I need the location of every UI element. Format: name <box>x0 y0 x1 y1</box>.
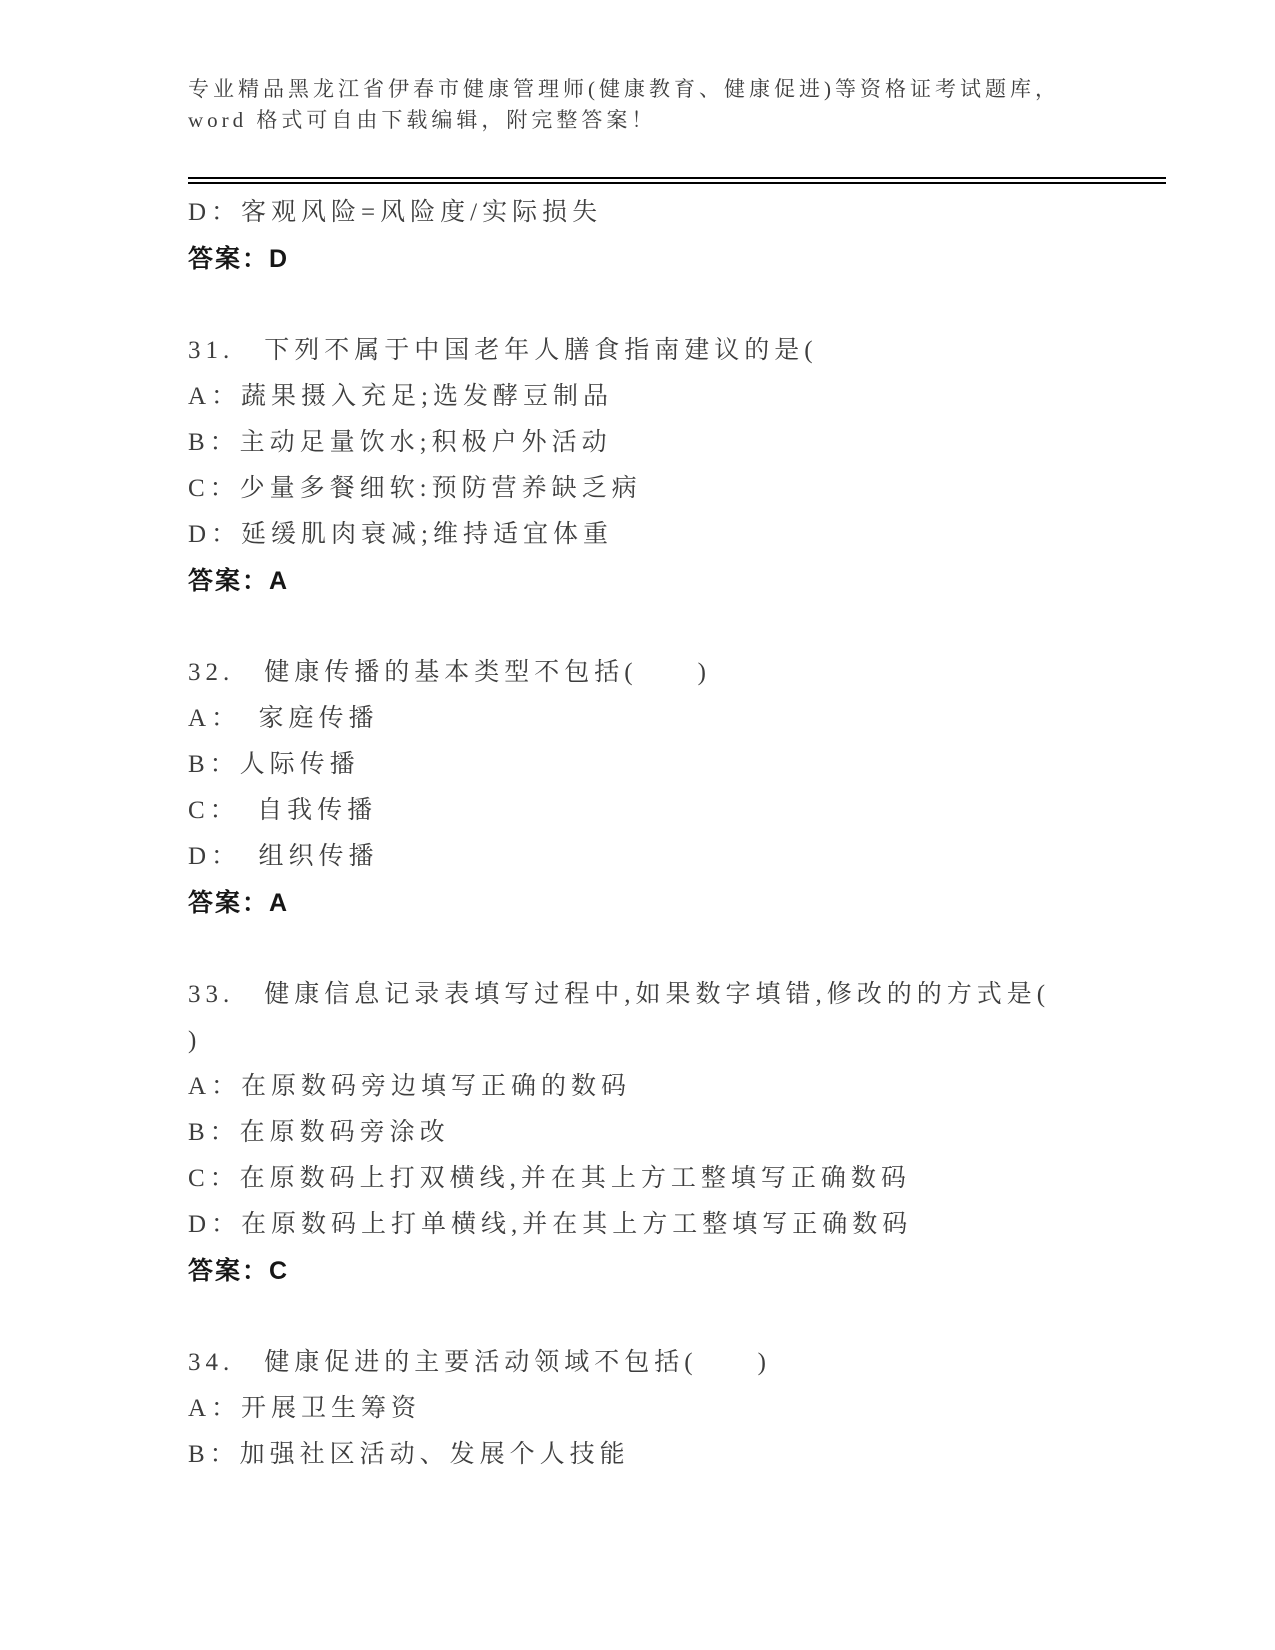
question-31-answer: 答案：A <box>188 558 1178 604</box>
question-33-option-c: C：在原数码上打双横线,并在其上方工整填写正确数码 <box>188 1156 1178 1202</box>
question-31: 31. 下列不属于中国老年人膳食指南建议的是( <box>188 328 1178 374</box>
document-header: 专业精品黑龙江省伊春市健康管理师(健康教育、健康促进)等资格证考试题库， wor… <box>188 74 1118 136</box>
question-33-option-d: D：在原数码上打单横线,并在其上方工整填写正确数码 <box>188 1202 1178 1248</box>
question-33-option-a: A：在原数码旁边填写正确的数码 <box>188 1064 1178 1110</box>
question-32-option-d: D： 组织传播 <box>188 834 1178 880</box>
header-line-1: 专业精品黑龙江省伊春市健康管理师(健康教育、健康促进)等资格证考试题库， <box>188 74 1118 105</box>
answer-line: 答案：D <box>188 236 1178 282</box>
question-32: 32. 健康传播的基本类型不包括( ) <box>188 650 1178 696</box>
question-32-answer: 答案：A <box>188 880 1178 926</box>
option-line-d: D：客观风险=风险度/实际损失 <box>188 190 1178 236</box>
header-separator-rule <box>188 177 1166 184</box>
question-34-option-b: B：加强社区活动、发展个人技能 <box>188 1432 1178 1478</box>
question-32-option-c: C： 自我传播 <box>188 788 1178 834</box>
question-32-option-a: A： 家庭传播 <box>188 696 1178 742</box>
question-32-option-b: B：人际传播 <box>188 742 1178 788</box>
question-34: 34. 健康促进的主要活动领域不包括( ) <box>188 1340 1178 1386</box>
question-31-option-d: D：延缓肌肉衰减;维持适宜体重 <box>188 512 1178 558</box>
question-33: 33. 健康信息记录表填写过程中,如果数字填错,修改的的方式是( <box>188 972 1178 1018</box>
document-page: 专业精品黑龙江省伊春市健康管理师(健康教育、健康促进)等资格证考试题库， wor… <box>0 0 1275 1650</box>
document-body: D：客观风险=风险度/实际损失 答案：D 31. 下列不属于中国老年人膳食指南建… <box>188 190 1178 1478</box>
question-33-wrap: ) <box>188 1018 1178 1064</box>
question-31-option-c: C：少量多餐细软:预防营养缺乏病 <box>188 466 1178 512</box>
question-31-option-a: A：蔬果摄入充足;选发酵豆制品 <box>188 374 1178 420</box>
question-33-answer: 答案：C <box>188 1248 1178 1294</box>
question-34-option-a: A：开展卫生筹资 <box>188 1386 1178 1432</box>
question-31-option-b: B：主动足量饮水;积极户外活动 <box>188 420 1178 466</box>
header-line-2: word 格式可自由下载编辑，附完整答案！ <box>188 105 1118 136</box>
question-33-option-b: B：在原数码旁涂改 <box>188 1110 1178 1156</box>
